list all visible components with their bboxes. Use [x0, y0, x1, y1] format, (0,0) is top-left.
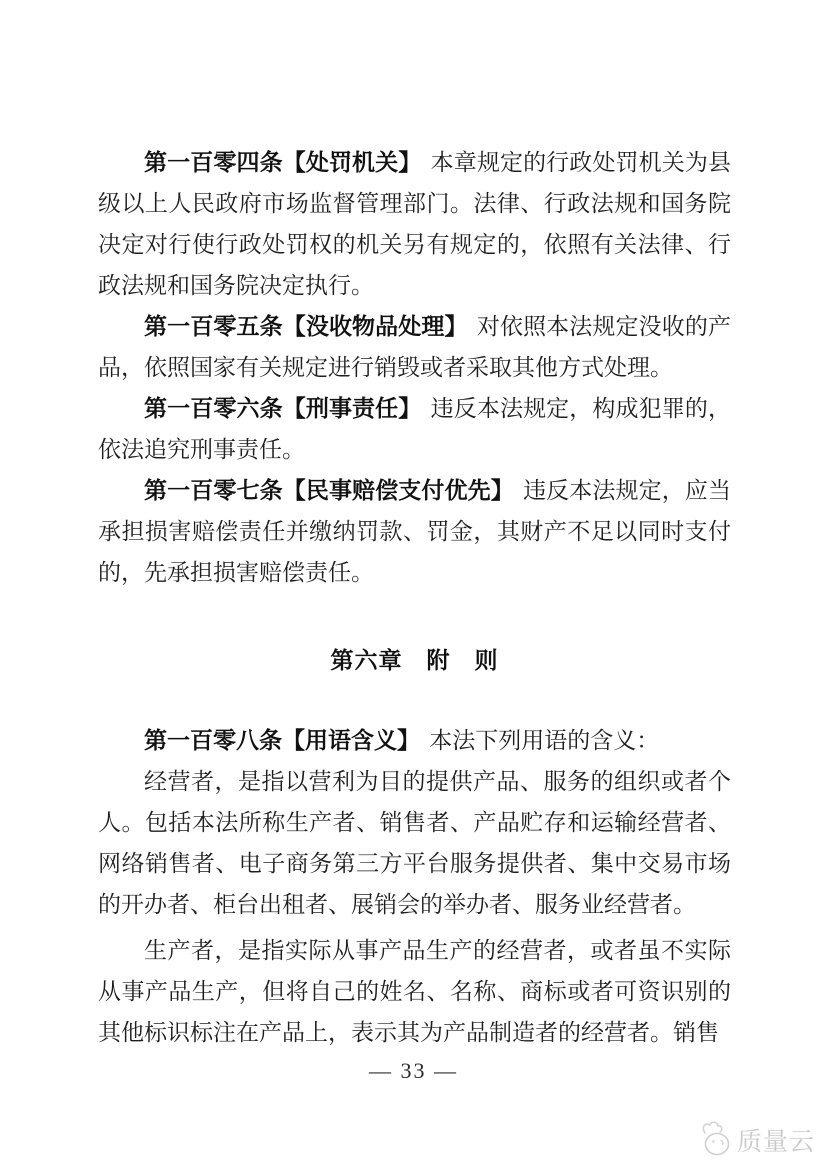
body-paragraph: 经营者，是指以营利为目的提供产品、服务的组织或者个人。包括本法所称生产者、销售者… [98, 761, 731, 925]
watermark-label: 质量云 [737, 1122, 815, 1158]
watermark: 质量云 [696, 1119, 815, 1161]
article-paragraph: 第一百零六条【刑事责任】违反本法规定，构成犯罪的，依法追究刑事责任。 [98, 388, 731, 470]
article-paragraph: 第一百零八条【用语含义】本法下列用语的含义： [98, 720, 731, 761]
document-body: 第一百零四条【处罚机关】本章规定的行政处罚机关为县级以上人民政府市场监督管理部门… [98, 142, 731, 1053]
article-heading: 第一百零六条【刑事责任】 [144, 395, 421, 421]
article-heading: 第一百零五条【没收物品处理】 [144, 313, 468, 339]
article-heading: 第一百零八条【用语含义】 [144, 727, 420, 753]
document-page: 第一百零四条【处罚机关】本章规定的行政处罚机关为县级以上人民政府市场监督管理部门… [0, 0, 827, 1170]
body-paragraph: 生产者，是指实际从事产品生产的经营者，或者虽不实际从事产品生产，但将自己的姓名、… [98, 930, 731, 1053]
article-paragraph: 第一百零五条【没收物品处理】对依照本法规定没收的产品，依照国家有关规定进行销毁或… [98, 306, 731, 388]
chapter-heading: 第六章 附 则 [98, 640, 731, 681]
cloud-mascot-icon [696, 1119, 736, 1161]
article-paragraph: 第一百零七条【民事赔偿支付优先】违反本法规定，应当承担损害赔偿责任并缴纳罚款、罚… [98, 470, 731, 593]
article-heading: 第一百零四条【处罚机关】 [144, 149, 421, 175]
article-text: 本法下列用语的含义： [429, 728, 659, 753]
article-paragraph: 第一百零四条【处罚机关】本章规定的行政处罚机关为县级以上人民政府市场监督管理部门… [98, 142, 731, 306]
article-heading: 第一百零七条【民事赔偿支付优先】 [144, 477, 514, 503]
page-number: — 33 — [0, 1056, 827, 1086]
